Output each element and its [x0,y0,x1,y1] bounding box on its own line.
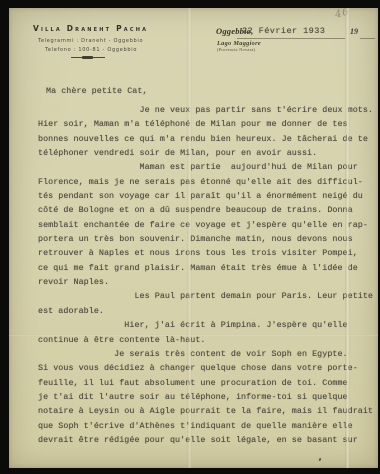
dateline-year-rule [360,38,375,39]
letter-line: je t'ai dit l'autre soir au téléphone, i… [38,390,378,404]
letter-line: continue à être contente là-haut. [38,333,378,347]
dateline-province: (Provincia Novara) [217,47,255,52]
ink-speck [319,458,322,462]
letter-line: Je ne veux pas partir sans t'écrire deux… [38,103,378,117]
letter-line: ce qui me fait grand plaisir. Maman étai… [38,261,378,275]
letter-line: devrait être rédigée pour qu'elle soit l… [38,433,378,447]
letter-line: Maman est partie aujourd'hui de Milan po… [38,160,378,174]
letter-line: est adorable. [38,304,378,318]
letter-line: revoir Naples. [38,275,378,289]
letter-line: Florence, mais je ne serais pas étonné q… [38,175,378,189]
letter-line: que Soph t'écrive d'Athènes t'indiquant … [38,419,378,433]
letter-line: Hier, j'ai écrit à Pimpina. J'espère qu'… [38,318,378,332]
letter-line: téléphoner vendredi soir de Milan, pour … [38,146,378,160]
letterhead-divider-dash [82,56,93,59]
dateline-region: Lago Maggiore [217,40,261,47]
letter-line: notaire à Leysin ou à Aigle pourrait te … [38,404,378,418]
scanned-letter-screenshot: { "page_annotation": "46", "letterhead":… [0,0,380,474]
letter-line: retrouver à Naples et nous irons tous le… [38,246,378,260]
letter-line: feuille, il lui faut absolument une proc… [38,376,378,390]
letterhead-telegram-line: Telegrammi : Draneht - Oggebbio [38,38,143,44]
letter-line: bonnes nouvelles ce qui m'a rendu bien h… [38,132,378,146]
letter-line: tés pendant son voyage car il paraît qu'… [38,189,378,203]
letter-body: Je ne veux pas partir sans t'écrire deux… [38,103,378,447]
pencil-page-number: 46 [334,8,351,21]
letter-line: Hier soir, Maman m'a téléphoné de Milan … [38,117,378,131]
dateline-year-prefix: 19 [350,27,358,36]
letterhead-villa-name: Villa Draneht Pacha [33,24,148,33]
letterhead-phone-line: Telefono : 100-81 - Oggebbio [45,47,137,53]
letter-line: portera un très bon souvenir. Dimanche m… [38,232,378,246]
dateline-typed-date: 22 Février 1933 [242,26,325,36]
letter-line: Si vous vous décidiez à changer quelque … [38,361,378,375]
letter-page: Villa Draneht Pacha Telegrammi : Draneht… [9,8,378,468]
letter-line: Les Paul partent demain pour Paris. Leur… [38,289,378,303]
letter-line: Je serais très content de voir Soph en E… [38,347,378,361]
letter-line: semblait enchantée de faire ce voyage et… [38,218,378,232]
letter-line: côté de Bologne et on a dû suspendre bea… [38,203,378,217]
letter-salutation: Ma chère petite Cat, [46,86,148,96]
